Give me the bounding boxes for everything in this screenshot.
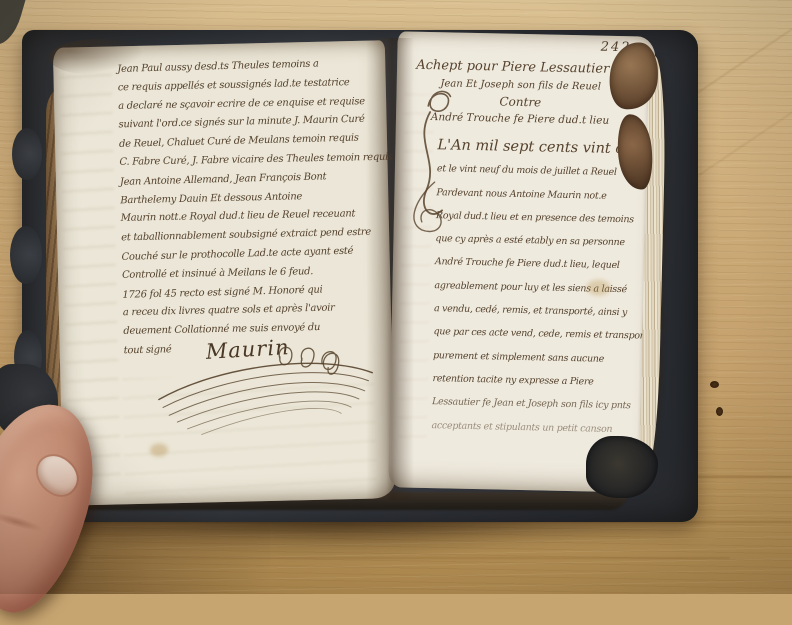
stain — [586, 279, 610, 295]
photo-of-manuscript-book: Jean Paul aussy desd.ts Theules temoins … — [0, 0, 792, 594]
cover-edge-bump — [12, 128, 42, 180]
cover-corner-tatter — [586, 436, 658, 498]
book-gutter-shadow — [366, 38, 414, 500]
left-page-text: Jean Paul aussy desd.ts Theules temoins … — [117, 54, 388, 361]
cover-edge-bump — [10, 226, 42, 284]
wood-knot — [710, 381, 719, 388]
left-page: Jean Paul aussy desd.ts Theules temoins … — [53, 40, 395, 505]
right-page-text: L'An mil sept cents vint cinq et le vint… — [431, 134, 651, 441]
thumb-crease — [0, 510, 44, 534]
wood-knot — [716, 407, 723, 416]
signature-flourish-icon — [152, 342, 382, 443]
thumb-nail — [30, 449, 84, 502]
